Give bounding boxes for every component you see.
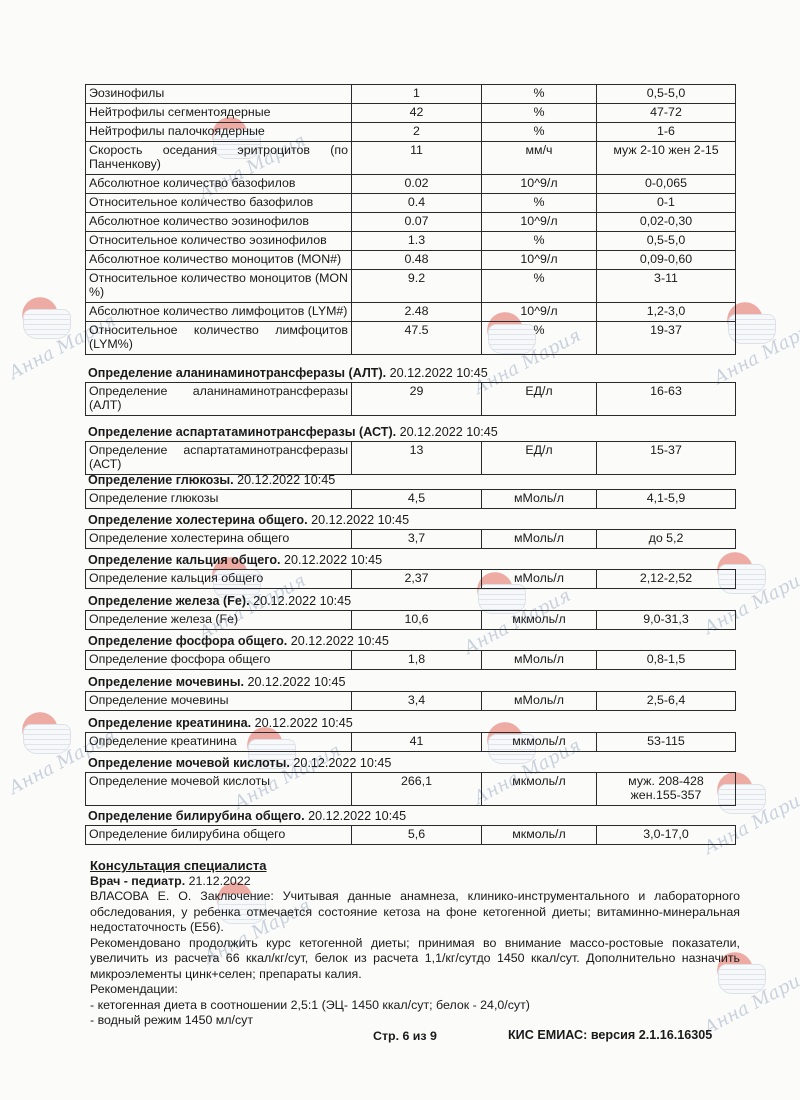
reference-range: 0,02-0,30 — [597, 213, 736, 232]
specialist-consultation: Консультация специалиста Врач - педиатр.… — [90, 858, 740, 1029]
table-row: Скорость оседания эритроцитов (по Панчен… — [86, 142, 736, 175]
test-value: 3,7 — [352, 530, 482, 549]
test-unit: мМоль/л — [482, 651, 597, 670]
table-row: Определение мочевины3,4мМоль/л2,5-6,4 — [86, 692, 736, 711]
test-group-title: Определение аланинаминотрансферазы (АЛТ)… — [88, 366, 488, 380]
reference-range: 2,12-2,52 — [597, 570, 736, 589]
test-name: Абсолютное количество моноцитов (MON#) — [86, 251, 352, 270]
reference-range: 0-0,065 — [597, 175, 736, 194]
test-datetime: 20.12.2022 10:45 — [390, 366, 488, 380]
test-unit: 10^9/л — [482, 213, 597, 232]
test-value: 1 — [352, 85, 482, 104]
reference-range: 53-115 — [597, 733, 736, 752]
test-unit: мкмоль/л — [482, 611, 597, 630]
test-group-title: Определение железа (Fe). 20.12.2022 10:4… — [88, 594, 351, 608]
test-name: Определение глюкозы — [86, 490, 352, 509]
table-row: Абсолютное количество лимфоцитов (LYM#)2… — [86, 303, 736, 322]
test-group-table: Определение мочевины3,4мМоль/л2,5-6,4 — [85, 691, 736, 711]
reference-range: 1-6 — [597, 123, 736, 142]
doctor-role: Врач - педиатр. — [90, 874, 185, 888]
test-value: 1.3 — [352, 232, 482, 251]
test-name: Определение креатинина — [86, 733, 352, 752]
test-unit: % — [482, 85, 597, 104]
reference-range: 0,5-5,0 — [597, 85, 736, 104]
test-unit: мкмоль/л — [482, 773, 597, 806]
watermark-logo-icon: Анна Мария — [700, 540, 790, 650]
reference-range: муж 2-10 жен 2-15 — [597, 142, 736, 175]
test-name: Абсолютное количество эозинофилов — [86, 213, 352, 232]
reference-range: 0,5-5,0 — [597, 232, 736, 251]
reference-range: 47-72 — [597, 104, 736, 123]
table-row: Нейтрофилы сегментоядерные42%47-72 — [86, 104, 736, 123]
test-name: Определение аланинаминотрансферазы (АЛТ) — [86, 383, 352, 416]
test-datetime: 20.12.2022 10:45 — [253, 594, 351, 608]
test-name: Относительное количество моноцитов (MON … — [86, 270, 352, 303]
test-name: Скорость оседания эритроцитов (по Панчен… — [86, 142, 352, 175]
test-unit: мМоль/л — [482, 530, 597, 549]
reference-range: 3,0-17,0 — [597, 826, 736, 845]
test-value: 41 — [352, 733, 482, 752]
test-group-table: Определение фосфора общего1,8мМоль/л0,8-… — [85, 650, 736, 670]
test-unit: % — [482, 270, 597, 303]
test-unit: % — [482, 322, 597, 355]
test-unit: мМоль/л — [482, 570, 597, 589]
test-group-title: Определение кальция общего. 20.12.2022 1… — [88, 553, 382, 567]
table-row: Определение железа (Fe)10,6мкмоль/л9,0-3… — [86, 611, 736, 630]
test-datetime: 20.12.2022 10:45 — [247, 675, 345, 689]
reference-range: муж. 208-428жен.155-357 — [597, 773, 736, 806]
test-datetime: 20.12.2022 10:45 — [291, 634, 389, 648]
table-row: Абсолютное количество моноцитов (MON#)0.… — [86, 251, 736, 270]
reference-range: 0,09-0,60 — [597, 251, 736, 270]
doctor-line: Врач - педиатр. 21.12.2022 — [90, 874, 740, 890]
test-group-title: Определение билирубина общего. 20.12.202… — [88, 809, 406, 823]
test-datetime: 20.12.2022 10:45 — [400, 425, 498, 439]
test-name: Определение кальция общего — [86, 570, 352, 589]
reference-range: 3-11 — [597, 270, 736, 303]
table-row: Определение холестерина общего3,7мМоль/л… — [86, 530, 736, 549]
test-group-title: Определение аспартатаминотрансферазы (АС… — [88, 425, 498, 439]
test-value: 11 — [352, 142, 482, 175]
test-value: 42 — [352, 104, 482, 123]
test-name: Относительное количество лимфоцитов (LYM… — [86, 322, 352, 355]
test-unit: мкмоль/л — [482, 733, 597, 752]
test-name: Абсолютное количество базофилов — [86, 175, 352, 194]
test-unit: ЕД/л — [482, 442, 597, 475]
test-group-title: Определение креатинина. 20.12.2022 10:45 — [88, 716, 353, 730]
test-unit: % — [482, 104, 597, 123]
test-group-table: Определение мочевой кислоты266,1мкмоль/л… — [85, 772, 736, 806]
test-group-table: Определение кальция общего2,37мМоль/л2,1… — [85, 569, 736, 589]
watermark-logo-icon: Анна Мария — [5, 285, 95, 395]
table-row: Нейтрофилы палочкоядерные2%1-6 — [86, 123, 736, 142]
test-group-title: Определение фосфора общего. 20.12.2022 1… — [88, 634, 389, 648]
test-value: 29 — [352, 383, 482, 416]
test-name: Определение билирубина общего — [86, 826, 352, 845]
table-row: Относительное количество базофилов0.4%0-… — [86, 194, 736, 213]
table-row: Определение аланинаминотрансферазы (АЛТ)… — [86, 383, 736, 416]
test-value: 0.4 — [352, 194, 482, 213]
test-name: Определение фосфора общего — [86, 651, 352, 670]
table-row: Абсолютное количество базофилов0.0210^9/… — [86, 175, 736, 194]
cbc-results-table: Эозинофилы1%0,5-5,0Нейтрофилы сегментояд… — [85, 84, 736, 355]
test-group-table: Определение глюкозы4,5мМоль/л4,1-5,9 — [85, 489, 736, 509]
test-unit: ЕД/л — [482, 383, 597, 416]
reference-range: 4,1-5,9 — [597, 490, 736, 509]
test-datetime: 20.12.2022 10:45 — [284, 553, 382, 567]
test-value: 3,4 — [352, 692, 482, 711]
recommendation-item-water: - водный режим 1450 мл/сут — [90, 1013, 740, 1029]
table-row: Определение билирубина общего5,6мкмоль/л… — [86, 826, 736, 845]
test-datetime: 20.12.2022 10:45 — [237, 473, 335, 487]
recommendation-text: Рекомендовано продолжить курс кетогенной… — [90, 936, 740, 983]
test-group-title: Определение мочевой кислоты. 20.12.2022 … — [88, 756, 391, 770]
test-group-title: Определение мочевины. 20.12.2022 10:45 — [88, 675, 346, 689]
document-page: Анна МарияАнна МарияАнна МарияАнна Мария… — [0, 0, 800, 1100]
reference-range: 0-1 — [597, 194, 736, 213]
reference-range: 1,2-3,0 — [597, 303, 736, 322]
test-name: Определение мочевины — [86, 692, 352, 711]
reference-range: 0,8-1,5 — [597, 651, 736, 670]
table-row: Относительное количество моноцитов (MON … — [86, 270, 736, 303]
test-name: Нейтрофилы палочкоядерные — [86, 123, 352, 142]
test-name: Определение мочевой кислоты — [86, 773, 352, 806]
test-value: 2 — [352, 123, 482, 142]
test-datetime: 20.12.2022 10:45 — [293, 756, 391, 770]
test-unit: % — [482, 232, 597, 251]
reference-range: 16-63 — [597, 383, 736, 416]
test-unit: % — [482, 123, 597, 142]
test-name: Абсолютное количество лимфоцитов (LYM#) — [86, 303, 352, 322]
test-name: Эозинофилы — [86, 85, 352, 104]
test-value: 0.02 — [352, 175, 482, 194]
table-row: Определение аспартатаминотрансферазы (АС… — [86, 442, 736, 475]
table-row: Определение креатинина41мкмоль/л53-115 — [86, 733, 736, 752]
test-value: 47.5 — [352, 322, 482, 355]
test-name: Определение холестерина общего — [86, 530, 352, 549]
test-value: 2.48 — [352, 303, 482, 322]
recommendations-label: Рекомендации: — [90, 982, 740, 998]
test-name: Определение железа (Fe) — [86, 611, 352, 630]
test-value: 5,6 — [352, 826, 482, 845]
test-group-table: Определение железа (Fe)10,6мкмоль/л9,0-3… — [85, 610, 736, 630]
test-unit: мм/ч — [482, 142, 597, 175]
reference-range: 9,0-31,3 — [597, 611, 736, 630]
table-row: Определение мочевой кислоты266,1мкмоль/л… — [86, 773, 736, 806]
test-value: 13 — [352, 442, 482, 475]
table-row: Абсолютное количество эозинофилов0.0710^… — [86, 213, 736, 232]
table-row: Относительное количество эозинофилов1.3%… — [86, 232, 736, 251]
table-row: Определение кальция общего2,37мМоль/л2,1… — [86, 570, 736, 589]
test-value: 9.2 — [352, 270, 482, 303]
test-unit: мМоль/л — [482, 490, 597, 509]
table-row: Определение глюкозы4,5мМоль/л4,1-5,9 — [86, 490, 736, 509]
test-unit: 10^9/л — [482, 175, 597, 194]
consultation-date: 21.12.2022 — [189, 874, 251, 888]
table-row: Относительное количество лимфоцитов (LYM… — [86, 322, 736, 355]
test-group-title: Определение глюкозы. 20.12.2022 10:45 — [88, 473, 335, 487]
test-unit: мкмоль/л — [482, 826, 597, 845]
test-group-title: Определение холестерина общего. 20.12.20… — [88, 513, 409, 527]
page-number: Стр. 6 из 9 — [373, 1029, 437, 1043]
test-name: Нейтрофилы сегментоядерные — [86, 104, 352, 123]
test-datetime: 20.12.2022 10:45 — [311, 513, 409, 527]
test-group-table: Определение аланинаминотрансферазы (АЛТ)… — [85, 382, 736, 416]
test-unit: 10^9/л — [482, 251, 597, 270]
test-unit: % — [482, 194, 597, 213]
reference-range: 2,5-6,4 — [597, 692, 736, 711]
test-datetime: 20.12.2022 10:45 — [308, 809, 406, 823]
test-group-table: Определение билирубина общего5,6мкмоль/л… — [85, 825, 736, 845]
consultation-heading: Консультация специалиста — [90, 858, 740, 874]
test-unit: мМоль/л — [482, 692, 597, 711]
system-version: КИС ЕМИАС: версия 2.1.16.16305 — [508, 1028, 712, 1042]
test-value: 266,1 — [352, 773, 482, 806]
reference-range: 19-37 — [597, 322, 736, 355]
test-value: 0.48 — [352, 251, 482, 270]
table-row: Определение фосфора общего1,8мМоль/л0,8-… — [86, 651, 736, 670]
test-value: 0.07 — [352, 213, 482, 232]
test-value: 4,5 — [352, 490, 482, 509]
test-group-table: Определение креатинина41мкмоль/л53-115 — [85, 732, 736, 752]
test-group-table: Определение аспартатаминотрансферазы (АС… — [85, 441, 736, 475]
test-name: Относительное количество базофилов — [86, 194, 352, 213]
table-row: Эозинофилы1%0,5-5,0 — [86, 85, 736, 104]
test-value: 10,6 — [352, 611, 482, 630]
watermark-logo-icon: Анна Мария — [5, 700, 95, 810]
conclusion-text: ВЛАСОВА Е. О. Заключение: Учитывая данны… — [90, 889, 740, 936]
test-group-table: Определение холестерина общего3,7мМоль/л… — [85, 529, 736, 549]
test-name: Определение аспартатаминотрансферазы (АС… — [86, 442, 352, 475]
reference-range: до 5,2 — [597, 530, 736, 549]
reference-range: 15-37 — [597, 442, 736, 475]
test-name: Относительное количество эозинофилов — [86, 232, 352, 251]
test-unit: 10^9/л — [482, 303, 597, 322]
recommendation-item-diet: - кетогенная диета в соотношении 2,5:1 (… — [90, 998, 740, 1014]
test-datetime: 20.12.2022 10:45 — [255, 716, 353, 730]
test-value: 2,37 — [352, 570, 482, 589]
test-value: 1,8 — [352, 651, 482, 670]
